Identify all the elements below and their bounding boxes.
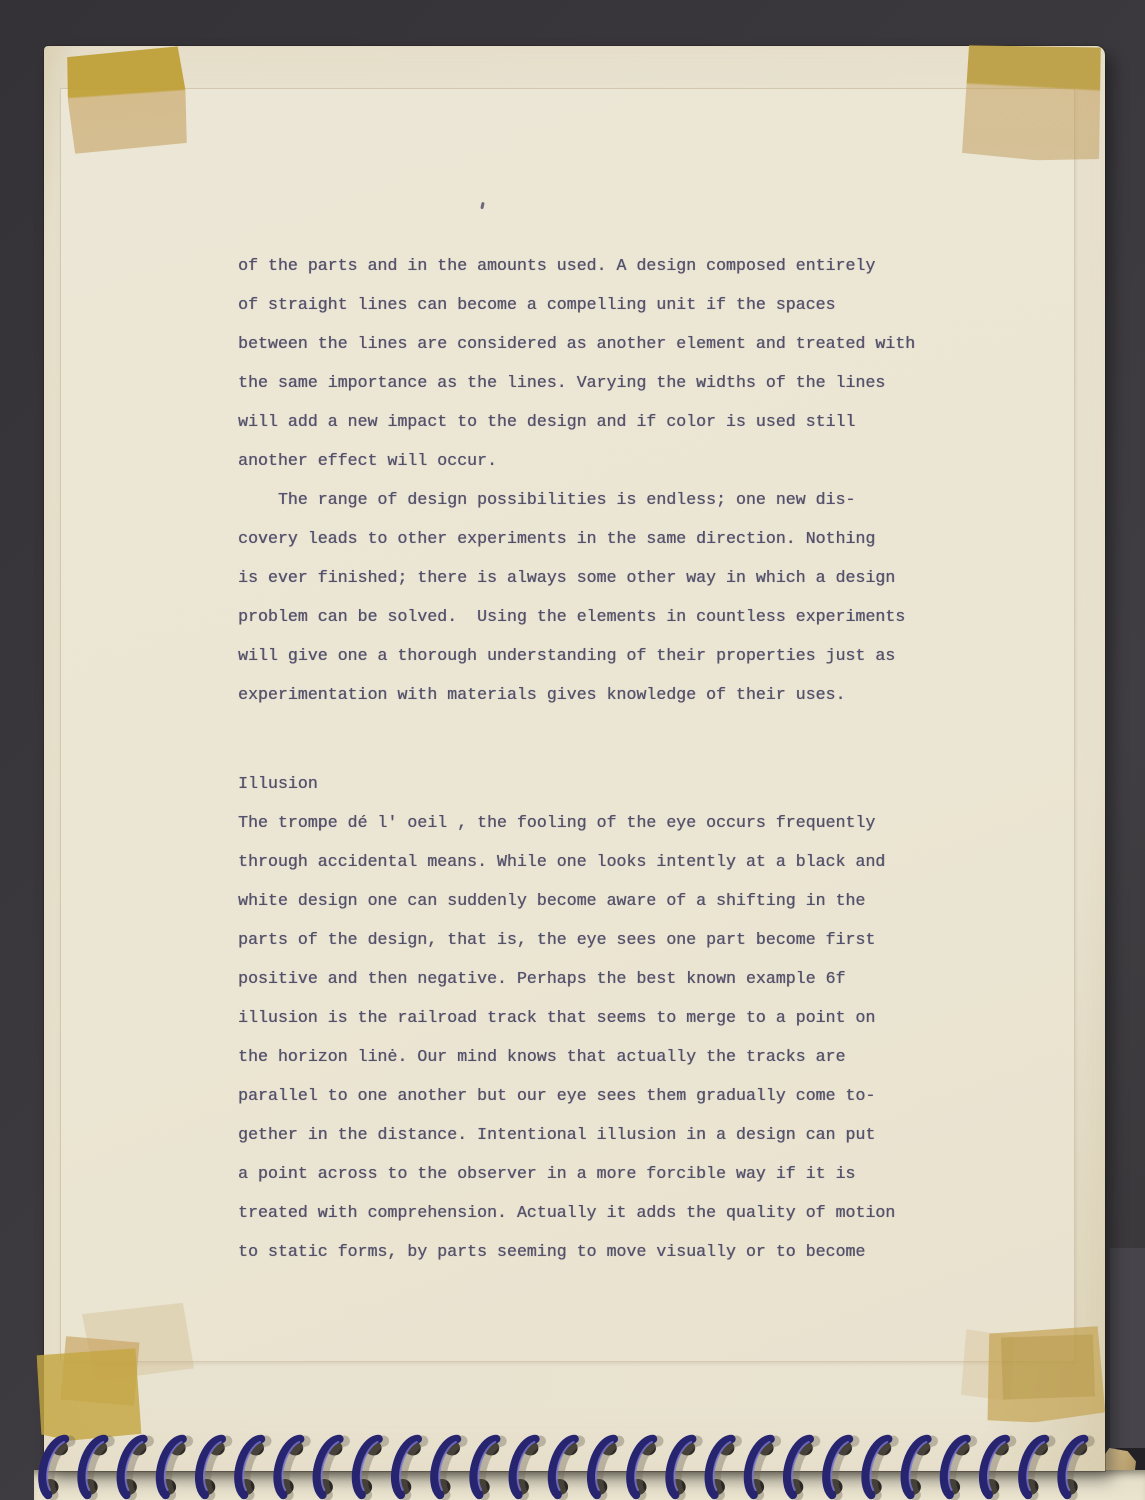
stray-ink-mark (480, 202, 484, 209)
typed-line: of the parts and in the amounts used. A … (238, 246, 998, 285)
typed-line: positive and then negative. Perhaps the … (238, 959, 998, 998)
typed-line: treated with comprehension. Actually it … (238, 1193, 998, 1232)
board-edge-panel (1110, 1248, 1145, 1450)
typewriter-text: of the parts and in the amounts used. A … (238, 246, 998, 1271)
next-page-strip (34, 1470, 1145, 1500)
typed-line: white design one can suddenly become awa… (238, 881, 998, 920)
typed-line: The range of design possibilities is end… (238, 480, 998, 519)
typed-line: illusion is the railroad track that seem… (238, 998, 998, 1037)
typed-line: through accidental means. While one look… (238, 842, 998, 881)
album-page: of the parts and in the amounts used. A … (44, 46, 1105, 1471)
typed-line: to static forms, by parts seeming to mov… (238, 1232, 998, 1271)
typed-line: will add a new impact to the design and … (238, 402, 998, 441)
typed-line: between the lines are considered as anot… (238, 324, 998, 363)
typed-line: parts of the design, that is, the eye se… (238, 920, 998, 959)
typed-line: gether in the distance. Intentional illu… (238, 1115, 998, 1154)
typed-line: experimentation with materials gives kno… (238, 675, 998, 714)
typed-sheet: of the parts and in the amounts used. A … (60, 88, 1075, 1362)
typed-line: a point across to the observer in a more… (238, 1154, 998, 1193)
tape-top-right (959, 40, 1105, 163)
typed-line: The trompe dé l' oeil , the fooling of t… (238, 803, 998, 842)
tape-bottom-right-layer (1001, 1334, 1095, 1399)
typed-line: problem can be solved. Using the element… (238, 597, 998, 636)
photographed-album-page: of the parts and in the amounts used. A … (0, 0, 1145, 1500)
tape-top-left (65, 46, 190, 154)
section-heading-illusion: Illusion (238, 764, 998, 803)
tape-bottom-left-lower (36, 1348, 141, 1442)
typed-line: another effect will occur. (238, 441, 998, 480)
typed-line: will give one a thorough understanding o… (238, 636, 998, 675)
typed-line: covery leads to other experiments in the… (238, 519, 998, 558)
typed-line: the horizon linė. Our mind knows that ac… (238, 1037, 998, 1076)
typed-line: of straight lines can become a compellin… (238, 285, 998, 324)
typed-line: is ever finished; there is always some o… (238, 558, 998, 597)
typed-line: parallel to one another but our eye sees… (238, 1076, 998, 1115)
typed-line: the same importance as the lines. Varyin… (238, 363, 998, 402)
